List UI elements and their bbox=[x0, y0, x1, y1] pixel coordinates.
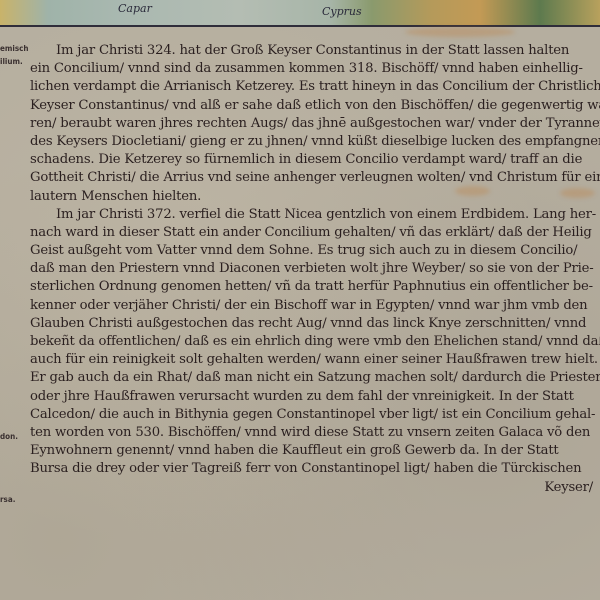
map-label-capar: Capar bbox=[118, 2, 152, 15]
text-line: schadens. Die Ketzerey so fürnemlich in … bbox=[30, 151, 600, 169]
margin-note: don. bbox=[0, 432, 18, 441]
text-line: lichen verdampt die Arrianisch Ketzerey.… bbox=[30, 78, 600, 96]
page-paper: Capar Cyprus emisch ilium. don. rsa. Im … bbox=[0, 0, 600, 600]
text-line: ein Concilium/ vnnd sind da zusammen kom… bbox=[30, 60, 600, 78]
body-text: Im jar Christi 324. hat der Groß Keyser … bbox=[30, 42, 600, 497]
text-line: Eynwohnern genennt/ vnnd haben die Kauff… bbox=[30, 442, 600, 460]
catchword: Keyser/ bbox=[30, 479, 600, 497]
text-line: bekeñt da offentlichen/ daß es ein ehrli… bbox=[30, 333, 600, 351]
margin-note: ilium. bbox=[0, 57, 23, 66]
text-line: Gottheit Christi/ die Arrius vnd seine a… bbox=[30, 169, 600, 187]
margin-note: emisch bbox=[0, 44, 29, 53]
text-line: Calcedon/ die auch in Bithynia gegen Con… bbox=[30, 406, 600, 424]
text-line: oder jhre Haußfrawen verursacht wurden z… bbox=[30, 388, 600, 406]
text-line: des Keysers Diocletiani/ gieng er zu jhn… bbox=[30, 133, 600, 151]
text-line: Bursa die drey oder vier Tagreiß ferr vo… bbox=[30, 460, 600, 478]
text-line: nach ward in dieser Statt ein ander Conc… bbox=[30, 224, 600, 242]
margin-note: rsa. bbox=[0, 495, 15, 504]
text-line: sterlichen Ordnung genomen hetten/ vñ da… bbox=[30, 278, 600, 296]
paragraph-nicaea-council: Im jar Christi 324. hat der Groß Keyser … bbox=[30, 42, 600, 206]
text-line: Geist außgeht vom Vatter vnnd dem Sohne.… bbox=[30, 242, 600, 260]
text-line: auch für ein reinigkeit solt gehalten we… bbox=[30, 351, 600, 369]
paragraph-nicaea-earthquake: Im jar Christi 372. verfiel die Statt Ni… bbox=[30, 206, 600, 479]
text-line: daß man den Priestern vnnd Diaconen verb… bbox=[30, 260, 600, 278]
text-line: Im jar Christi 372. verfiel die Statt Ni… bbox=[30, 206, 600, 224]
stain bbox=[405, 27, 515, 37]
map-illustration-strip: Capar Cyprus bbox=[0, 0, 600, 27]
text-line: Glauben Christi außgestochen das recht A… bbox=[30, 315, 600, 333]
text-line: Er gab auch da ein Rhat/ daß man nicht e… bbox=[30, 369, 600, 387]
text-line: ten worden von 530. Bischöffen/ vnnd wir… bbox=[30, 424, 600, 442]
map-label-cyprus: Cyprus bbox=[322, 5, 362, 18]
text-line: ren/ beraubt waren jhres rechten Augs/ d… bbox=[30, 115, 600, 133]
text-line: Keyser Constantinus/ vnd alß er sahe daß… bbox=[30, 97, 600, 115]
text-line: kenner oder verjäher Christi/ der ein Bi… bbox=[30, 297, 600, 315]
text-line: Im jar Christi 324. hat der Groß Keyser … bbox=[30, 42, 600, 60]
text-line: lautern Menschen hielten. bbox=[30, 188, 600, 206]
